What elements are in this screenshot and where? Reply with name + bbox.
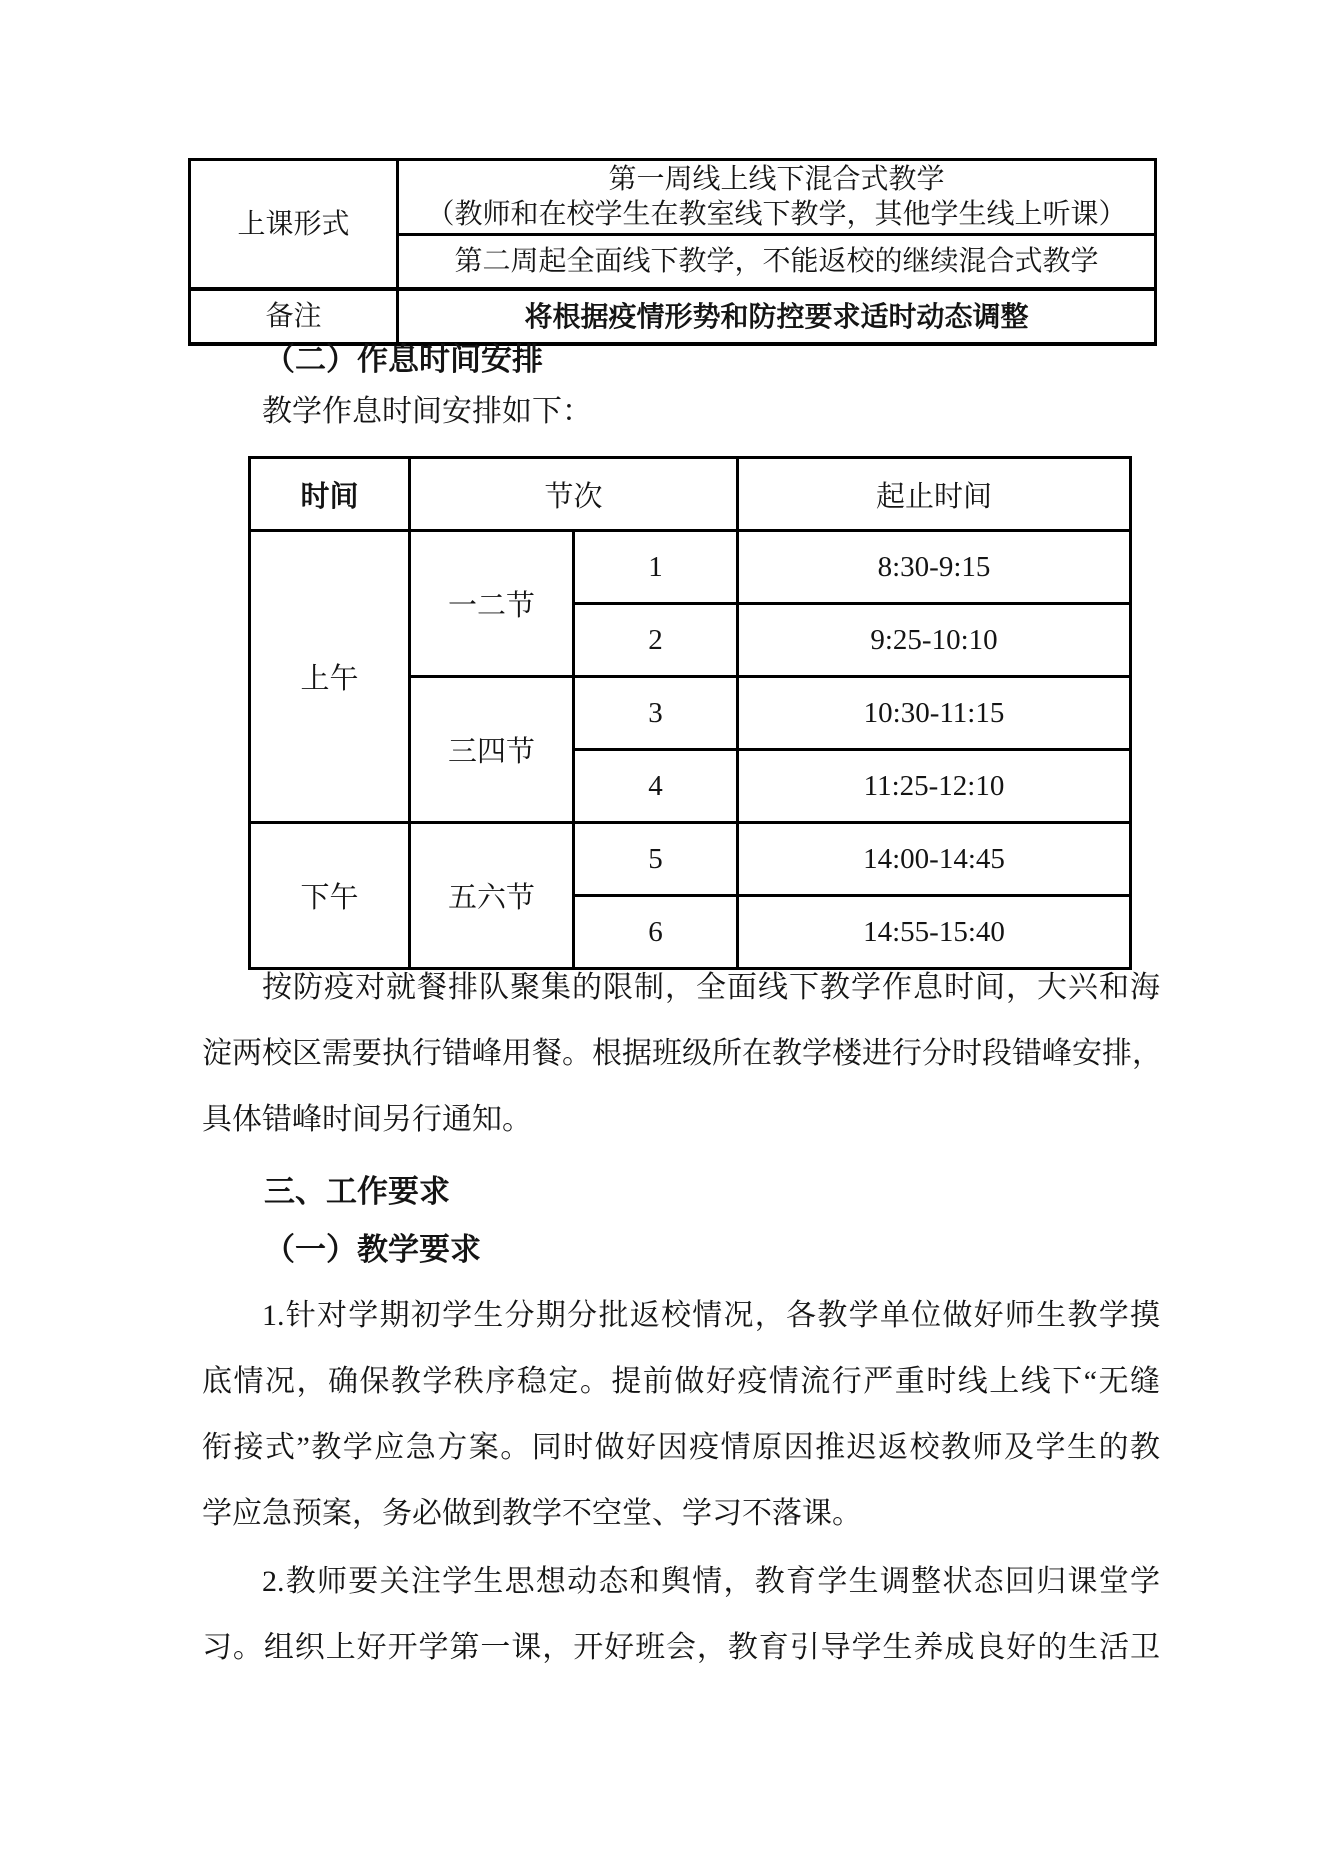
- document-page: 上课形式 第一周线上线下混合式教学 （教师和在校学生在教室线下教学，其他学生线上…: [0, 0, 1323, 1871]
- paragraph-line: 1.针对学期初学生分期分批返校情况，各教学单位做好师生教学摸: [202, 1283, 1160, 1349]
- period-time-cell: 8:30-9:15: [738, 531, 1131, 604]
- period-no-cell: 3: [574, 677, 738, 750]
- course-format-label-cell: 上课形式: [190, 160, 398, 290]
- session-cell-morning: 上午: [250, 531, 410, 823]
- paragraph-line: 2.教师要关注学生思想动态和舆情，教育学生调整状态回归课堂学: [202, 1549, 1160, 1615]
- block-cell-12: 一二节: [410, 531, 574, 677]
- paragraph-line: 衔接式”教学应急方案。同时做好因疫情原因推迟返校教师及学生的教: [202, 1415, 1160, 1481]
- paragraph-line: 学应急预案，务必做到教学不空堂、学习不落课。: [202, 1481, 1160, 1547]
- course-format-table: 上课形式 第一周线上线下混合式教学 （教师和在校学生在教室线下教学，其他学生线上…: [188, 158, 1157, 346]
- period-time-cell: 14:00-14:45: [738, 823, 1131, 896]
- paragraph-line: 底情况，确保教学秩序稳定。提前做好疫情流行严重时线上线下“无缝: [202, 1349, 1160, 1415]
- section-3-1-heading: （一）教学要求: [202, 1221, 1160, 1279]
- section-schedule: （二）作息时间安排 教学作息时间安排如下：: [202, 332, 1160, 436]
- course-format-week1-cell: 第一周线上线下混合式教学 （教师和在校学生在教室线下教学，其他学生线上听课）: [398, 160, 1156, 235]
- schedule-table: 时间 节次 起止时间 上午 一二节 1 8:30-9:15 2 9:25-10:…: [248, 456, 1132, 970]
- body-text-block: 按防疫对就餐排队聚集的限制，全面线下教学作息时间，大兴和海 淀两校区需要执行错峰…: [202, 947, 1160, 1681]
- section-3-heading: 三、工作要求: [202, 1163, 1160, 1221]
- header-period-cell: 节次: [410, 458, 738, 531]
- period-time-cell: 10:30-11:15: [738, 677, 1131, 750]
- period-time-cell: 11:25-12:10: [738, 750, 1131, 823]
- period-no-cell: 5: [574, 823, 738, 896]
- section-2-heading: （二）作息时间安排: [202, 332, 1160, 388]
- schedule-row-5: 下午 五六节 5 14:00-14:45: [250, 823, 1131, 896]
- header-range-cell: 起止时间: [738, 458, 1131, 531]
- course-format-week2-cell: 第二周起全面线下教学，不能返校的继续混合式教学: [398, 235, 1156, 290]
- period-no-cell: 1: [574, 531, 738, 604]
- period-no-cell: 4: [574, 750, 738, 823]
- week1-line1: 第一周线上线下混合式教学: [399, 162, 1154, 197]
- paragraph-line: 淀两校区需要执行错峰用餐。根据班级所在教学楼进行分时段错峰安排，: [202, 1021, 1160, 1087]
- schedule-intro-text: 教学作息时间安排如下：: [202, 388, 1160, 436]
- table-row: 上课形式 第一周线上线下混合式教学 （教师和在校学生在教室线下教学，其他学生线上…: [190, 160, 1156, 235]
- paragraph-teaching-2: 2.教师要关注学生思想动态和舆情，教育学生调整状态回归课堂学 习。组织上好开学第…: [202, 1549, 1160, 1681]
- paragraph-line: 具体错峰时间另行通知。: [202, 1087, 1160, 1153]
- period-no-cell: 2: [574, 604, 738, 677]
- paragraph-meal: 按防疫对就餐排队聚集的限制，全面线下教学作息时间，大兴和海 淀两校区需要执行错峰…: [202, 955, 1160, 1153]
- paragraph-line: 按防疫对就餐排队聚集的限制，全面线下教学作息时间，大兴和海: [202, 955, 1160, 1021]
- period-time-cell: 9:25-10:10: [738, 604, 1131, 677]
- header-time-cell: 时间: [250, 458, 410, 531]
- schedule-row-1: 上午 一二节 1 8:30-9:15: [250, 531, 1131, 604]
- block-cell-34: 三四节: [410, 677, 574, 823]
- week1-line2: （教师和在校学生在教室线下教学，其他学生线上听课）: [399, 197, 1154, 232]
- schedule-header-row: 时间 节次 起止时间: [250, 458, 1131, 531]
- paragraph-line: 习。组织上好开学第一课，开好班会，教育引导学生养成良好的生活卫: [202, 1615, 1160, 1681]
- paragraph-teaching-1: 1.针对学期初学生分期分批返校情况，各教学单位做好师生教学摸 底情况，确保教学秩…: [202, 1283, 1160, 1547]
